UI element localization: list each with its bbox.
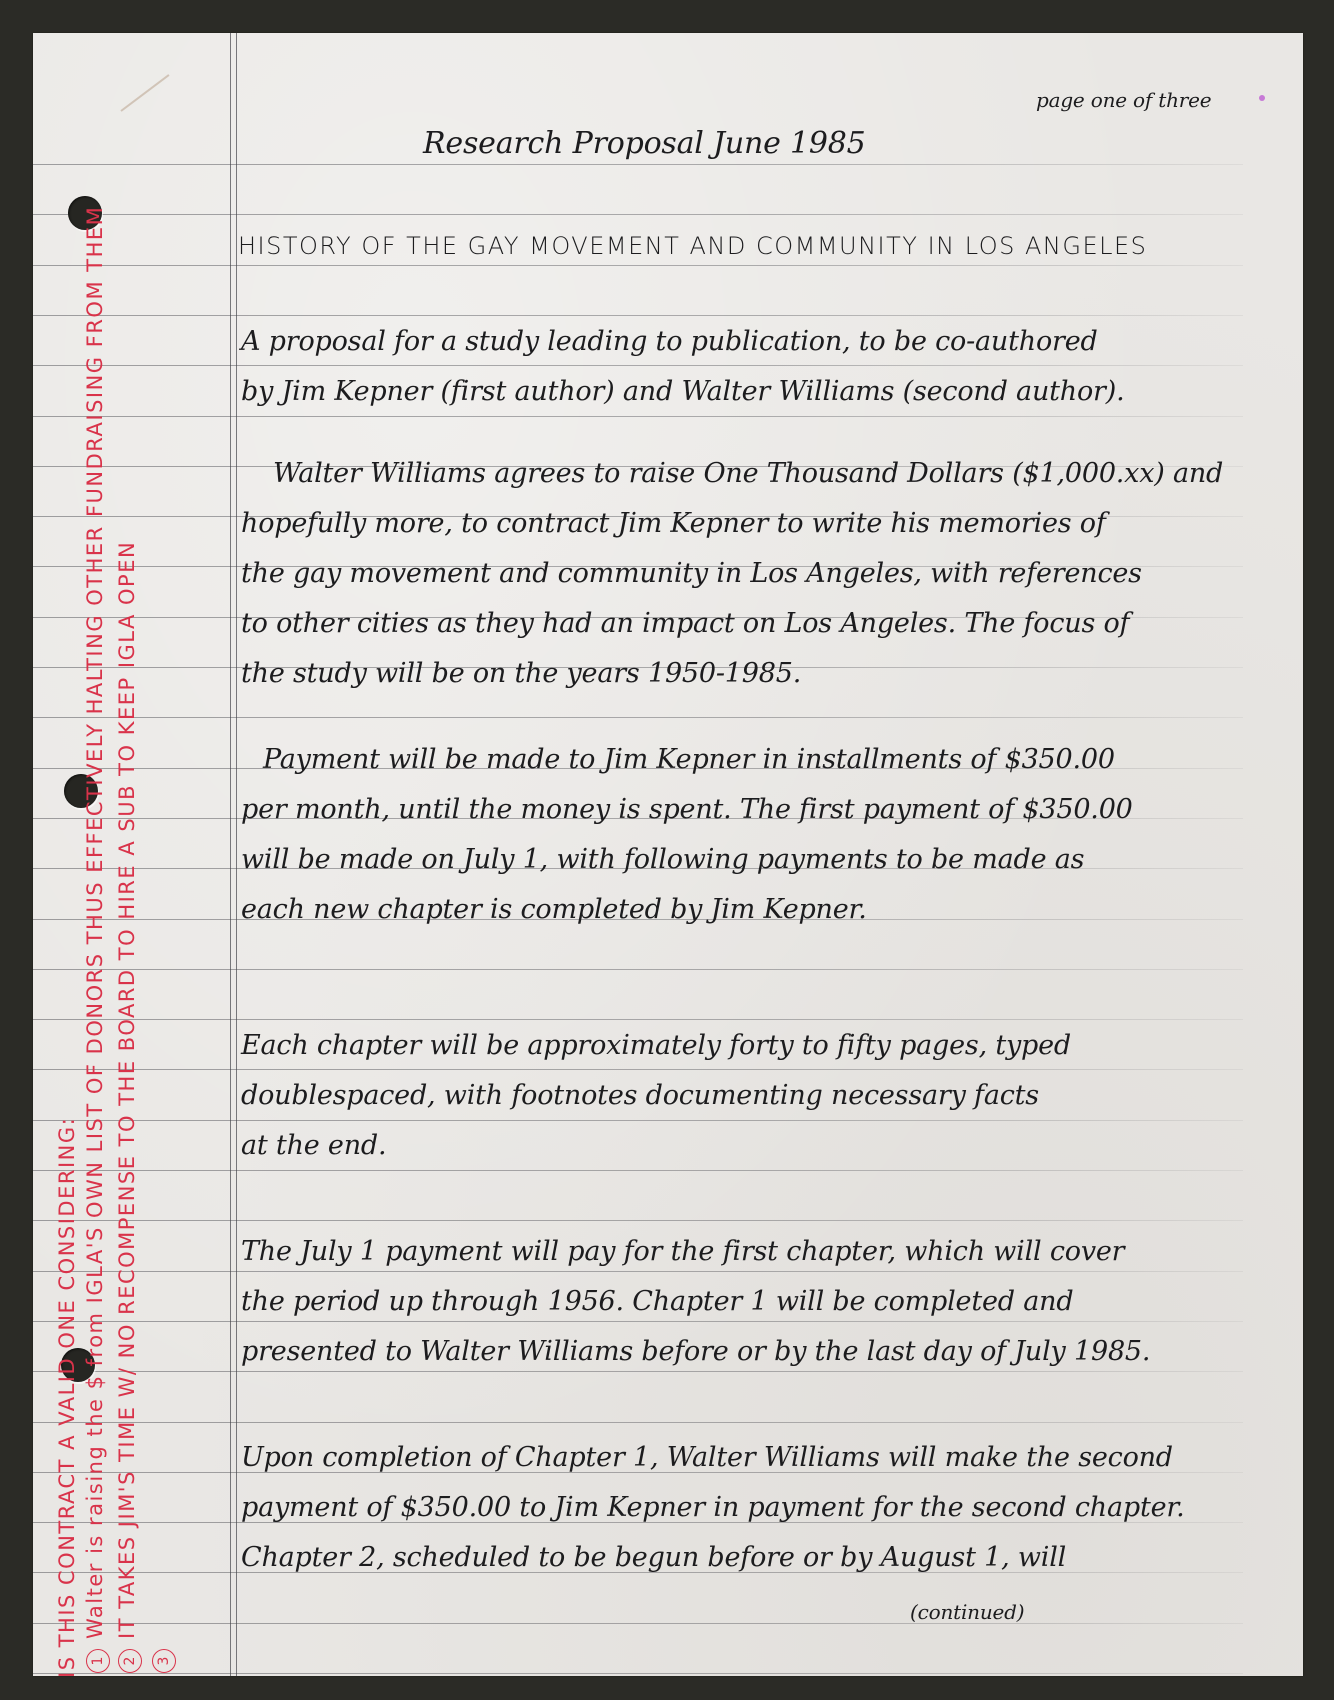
margin-line-right: [236, 33, 237, 1676]
text-line: each new chapter is completed by Jim Kep…: [241, 894, 867, 925]
ruled-line: [33, 416, 1243, 417]
margin-item-1-text: Walter is raising the $ from IGLA'S OWN …: [83, 206, 107, 1639]
margin-item-2-text: IT TAKES JIM'S TIME W/ NO RECOMPENSE TO …: [115, 541, 139, 1639]
ruled-line: [33, 1371, 1243, 1372]
ruled-line: [33, 717, 1243, 718]
text-line: by Jim Kepner (first author) and Walter …: [241, 376, 1124, 407]
text-line: hopefully more, to contract Jim Kepner t…: [241, 508, 1106, 539]
paper-stain: [120, 74, 169, 112]
ruled-line: [33, 365, 1243, 366]
text-line: the study will be on the years 1950-1985…: [241, 658, 801, 689]
text-line: The July 1 payment will pay for the firs…: [241, 1236, 1124, 1267]
ruled-line: [33, 1623, 1243, 1624]
text-line: the period up through 1956. Chapter 1 wi…: [241, 1286, 1073, 1317]
ruled-line: [33, 315, 1243, 316]
ruled-line: [33, 1673, 1243, 1674]
text-line: will be made on July 1, with following p…: [241, 844, 1084, 875]
document-title: Research Proposal June 1985: [423, 126, 866, 161]
ruled-line: [33, 1220, 1243, 1221]
text-line: Chapter 2, scheduled to be begun before …: [241, 1542, 1066, 1573]
continued-note: (continued): [910, 1600, 1024, 1624]
ruled-line: [33, 969, 1243, 970]
notebook-page: page one of three Research Proposal June…: [33, 33, 1303, 1676]
text-line: A proposal for a study leading to public…: [241, 326, 1098, 357]
text-line: presented to Walter Williams before or b…: [241, 1336, 1150, 1367]
ruled-line: [33, 1120, 1243, 1121]
item-number-3: 3: [152, 1649, 176, 1673]
text-line: doublespaced, with footnotes documenting…: [241, 1080, 1039, 1111]
text-line: Walter Williams agrees to raise One Thou…: [273, 458, 1223, 489]
document-heading: HISTORY OF THE GAY MOVEMENT AND COMMUNIT…: [238, 232, 1147, 260]
ruled-line: [33, 265, 1243, 266]
ruled-line: [33, 1019, 1243, 1020]
ruled-line: [33, 164, 1243, 165]
text-line: to other cities as they had an impact on…: [241, 608, 1129, 639]
ruled-line: [33, 1271, 1243, 1272]
page-label: page one of three: [1036, 88, 1211, 112]
margin-item-2: 2IT TAKES JIM'S TIME W/ NO RECOMPENSE TO…: [115, 541, 142, 1673]
margin-item-1: 1Walter is raising the $ from IGLA'S OWN…: [83, 206, 110, 1673]
ink-dot: [1259, 95, 1265, 101]
text-line: Payment will be made to Jim Kepner in in…: [263, 744, 1115, 775]
ruled-line: [33, 1321, 1243, 1322]
ruled-line: [33, 1422, 1243, 1423]
text-line: Upon completion of Chapter 1, Walter Wil…: [241, 1442, 1173, 1473]
margin-line-left: [230, 33, 231, 1676]
ruled-line: [33, 1069, 1243, 1070]
text-line: the gay movement and community in Los An…: [241, 558, 1142, 589]
margin-item-3: 3: [149, 1639, 176, 1673]
text-line: at the end.: [241, 1130, 386, 1161]
text-line: Each chapter will be approximately forty…: [241, 1030, 1071, 1061]
item-number-1: 1: [86, 1649, 110, 1673]
ruled-line: [33, 1170, 1243, 1171]
ruled-line: [33, 214, 1243, 215]
text-line: payment of $350.00 to Jim Kepner in paym…: [241, 1492, 1185, 1523]
item-number-2: 2: [118, 1649, 142, 1673]
text-line: per month, until the money is spent. The…: [241, 794, 1133, 825]
margin-question: IS THIS CONTRACT A VALID ONE CONSIDERING…: [55, 1117, 79, 1678]
